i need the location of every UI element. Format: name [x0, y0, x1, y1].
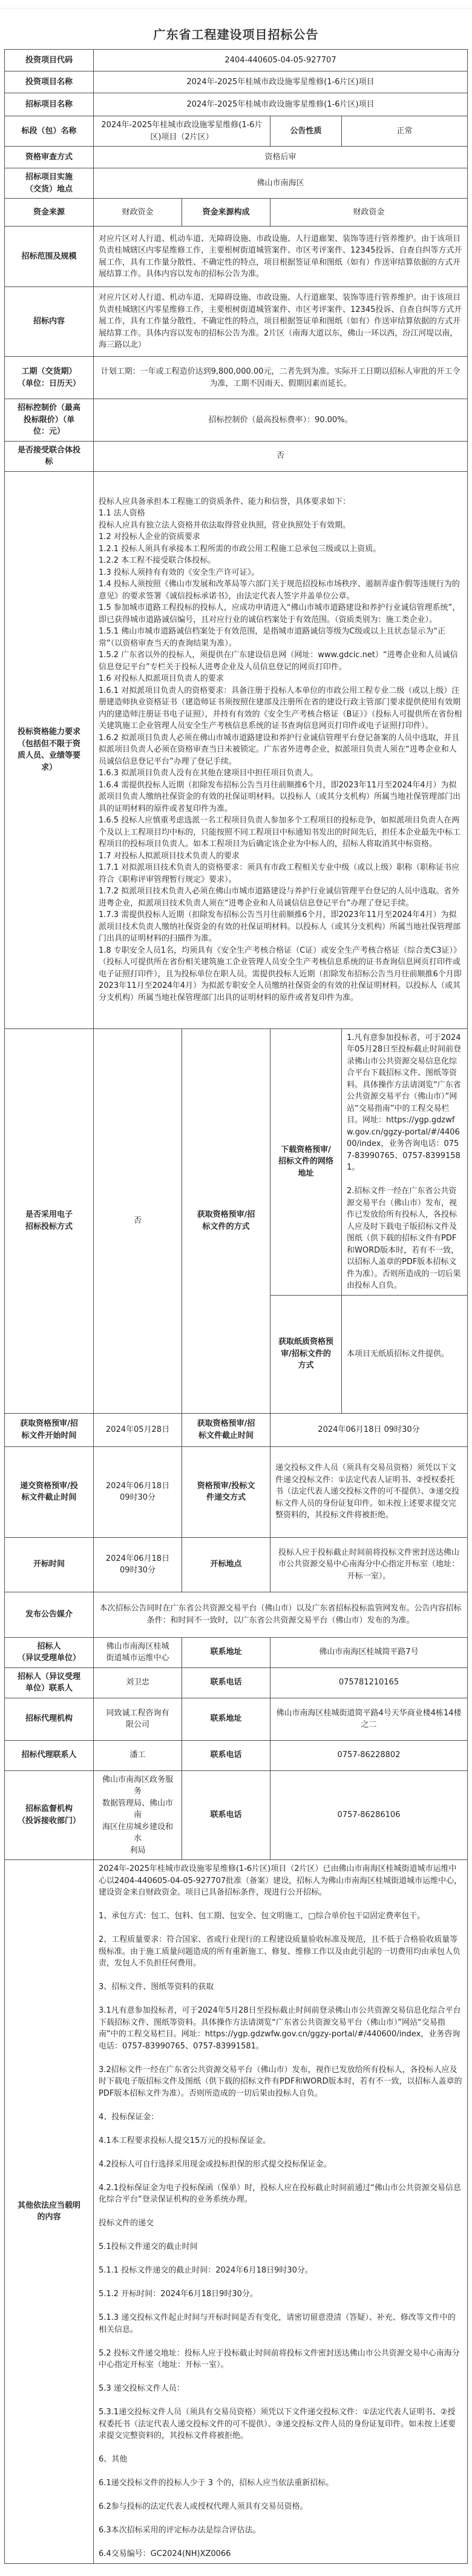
- row-value: 否: [94, 1028, 182, 1413]
- row-label: 资金来源构成: [182, 199, 270, 227]
- table-row: 招标人（异议受理 单位）联系人 刘卫忠 联系电话 075781210165: [5, 1667, 468, 1698]
- row-label: 开标地点: [182, 1537, 270, 1592]
- table-row: 招标范围及规模 对应片区对人行道、机动车道、无障碍设施、市政设施、人行道廊架、装…: [5, 227, 468, 287]
- row-label: 联系电话: [182, 1740, 270, 1770]
- row-value: 招标控制价（最高投标费率）：90.00%。: [94, 399, 468, 442]
- row-value: 佛山市南海区桂城 街道城市运维中心: [94, 1637, 182, 1667]
- row-value: 对应片区对人行道、机动车道、无障碍设施、市政设施、人行道廊架、装饰等进行管养维护…: [94, 287, 468, 357]
- row-label: 资金来源: [5, 199, 94, 227]
- row-label: 资格预审/投标文 件递交方式: [182, 1446, 270, 1537]
- row-value: 财政资金: [94, 199, 182, 227]
- row-value: 佛山市南海区桂城街道简平路4号天华商业楼4栋14楼之二: [270, 1698, 468, 1740]
- row-value: 2024年06月18日 09时30分: [94, 1446, 182, 1537]
- row-value: 计划工期：一年或工程造价达到9,800,000.00元，二者先到为准。实际开工日…: [94, 357, 468, 399]
- table-row: 招标项目实施 （交货）地点 佛山市南海区: [5, 168, 468, 199]
- row-value: 2024年06月18日 09时30分: [270, 1413, 468, 1446]
- row-label: 招标项目实施 （交货）地点: [5, 168, 94, 199]
- page-title: 广东省工程建设项目招标公告: [0, 25, 472, 42]
- row-label: 联系地址: [182, 1698, 270, 1740]
- row-label: 联系地址: [182, 1637, 270, 1667]
- row-label: 获取资格预审/招 标文件截止时间: [182, 1413, 270, 1446]
- table-row: 招标监督机构 （投诉接收部门） 佛山市南海区政务服务 数据管理局、佛山市南 海区…: [5, 1770, 468, 1860]
- row-label: 发布公告媒介: [5, 1592, 94, 1637]
- row-label: 公告性质: [270, 116, 342, 147]
- row-value: 递交投标文件人员（须具有交易员资格）须凭以下文件递交投标文件：①法定代表人证明书…: [270, 1446, 468, 1537]
- row-value: 075781210165: [270, 1667, 468, 1698]
- row-label: 获取资格预审/招 标文件开始时间: [5, 1413, 94, 1446]
- top-divider: [0, 8, 472, 8]
- row-value: 否: [94, 441, 468, 471]
- row-value: 佛山市南海区政务服务 数据管理局、佛山市南 海区住房城乡建设和水 利局: [94, 1770, 182, 1860]
- row-label: 标段（包）名称: [5, 116, 94, 147]
- table-row: 招标代理机构 同致诚工程咨询有 限公司 联系地址 佛山市南海区桂城街道简平路4号…: [5, 1698, 468, 1740]
- row-value: 2024年-2025年桂城市政设施零星维修(1-6片区)项目（2片区）: [94, 116, 270, 147]
- tender-announcement-table: 投资项目代码 2404-440605-04-05-927707 投资项目名称 2…: [4, 49, 468, 2564]
- row-label: 是否接受联合体投 标: [5, 441, 94, 471]
- row-value: 财政资金: [270, 199, 468, 227]
- row-value: 0757-86286106: [270, 1770, 468, 1860]
- row-value: 2404-440605-04-05-927707: [94, 50, 468, 71]
- row-value: 投标人应于投标截止时间前将投标文件密封送达佛山市公共资源交易中心南海分中心指定开…: [270, 1537, 468, 1592]
- row-label: 是否采用电子 招标投标方式: [5, 1028, 94, 1413]
- row-label: 递交资格预审/投 标文件截止时间: [5, 1446, 94, 1537]
- row-value: 2024年-2025年桂城市政设施零星维修(1-6片区)项目: [94, 93, 468, 116]
- row-value: 资格后审: [94, 147, 468, 168]
- row-value: 2024年06月18日 09时30分: [94, 1537, 182, 1592]
- table-row: 资金来源 财政资金 资金来源构成 财政资金: [5, 199, 468, 227]
- row-label: 投资项目名称: [5, 71, 94, 93]
- table-row: 工期（交货期） （单位：日历天） 计划工期：一年或工程造价达到9,800,000…: [5, 357, 468, 399]
- table-row: 递交资格预审/投 标文件截止时间 2024年06月18日 09时30分 资格预审…: [5, 1446, 468, 1537]
- row-value: 刘卫忠: [94, 1667, 182, 1698]
- row-label: 招标范围及规模: [5, 227, 94, 287]
- table-row: 招标内容 对应片区对人行道、机动车道、无障碍设施、市政设施、人行道廊架、装饰等进…: [5, 287, 468, 357]
- table-row: 投标资格能力要求 （包括但不限于资 质人员、业绩等要 求） 投标人应具备承担本工…: [5, 471, 468, 1028]
- table-row: 开标时间 2024年06月18日 09时30分 开标地点 投标人应于投标截止时间…: [5, 1537, 468, 1592]
- row-value: 潘工: [94, 1740, 182, 1770]
- row-value: 2024年-2025年桂城市政设施零星维修(1-6片区)项目（2片区）已由佛山市…: [94, 1860, 468, 2564]
- row-subvalue: 1.凡有意参加投标者，可于2024年05月28日至投标截止时间前登录佛山市公共资…: [342, 1028, 468, 1295]
- table-row: 招标人 （异议受理单位） 佛山市南海区桂城 街道城市运维中心 联系地址 佛山市南…: [5, 1637, 468, 1667]
- table-row: 投资项目代码 2404-440605-04-05-927707: [5, 50, 468, 71]
- table-row: 招标控制价（最高 投标限价）（单 位：元） 招标控制价（最高投标费率）：90.0…: [5, 399, 468, 442]
- table-row: 发布公告媒介 本次招标公告同时在广东省公共资源交易平台（佛山市）以及广东省招标投…: [5, 1592, 468, 1637]
- row-value: 本次招标公告同时在广东省公共资源交易平台（佛山市）以及广东省招标投标监管网发布。…: [94, 1592, 468, 1637]
- row-value: 正常: [342, 116, 468, 147]
- table-row: 其他依法应当载明 的内容 2024年-2025年桂城市政设施零星维修(1-6片区…: [5, 1860, 468, 2564]
- row-sublabel: 下载资格预审/ 招标文件的网络 地址: [270, 1028, 342, 1295]
- table-row: 标段（包）名称 2024年-2025年桂城市政设施零星维修(1-6片区)项目（2…: [5, 116, 468, 147]
- table-row: 是否采用电子 招标投标方式 否 获取资格预审/招 标文件的方式 下载资格预审/ …: [5, 1028, 468, 1295]
- row-label: 投资项目代码: [5, 50, 94, 71]
- row-label: 招标人（异议受理 单位）联系人: [5, 1667, 94, 1698]
- row-label: 招标项目名称: [5, 93, 94, 116]
- table-row: 招标代理联系人 潘工 联系电话 0757-86228802: [5, 1740, 468, 1770]
- row-value: 0757-86228802: [270, 1740, 468, 1770]
- row-value: 2024年-2025年桂城市政设施零星维修(1-6片区)项目: [94, 71, 468, 93]
- row-sublabel: 获取纸质资格预 审/招标文件的 方式: [270, 1295, 342, 1413]
- row-label: 招标监督机构 （投诉接收部门）: [5, 1770, 94, 1860]
- row-label: 联系电话: [182, 1770, 270, 1860]
- row-value: 2024年05月28日: [94, 1413, 182, 1446]
- row-label: 开标时间: [5, 1537, 94, 1592]
- table-row: 投资项目名称 2024年-2025年桂城市政设施零星维修(1-6片区)项目: [5, 71, 468, 93]
- row-label: 资格审查方式: [5, 147, 94, 168]
- table-row: 招标项目名称 2024年-2025年桂城市政设施零星维修(1-6片区)项目: [5, 93, 468, 116]
- row-label: 招标内容: [5, 287, 94, 357]
- row-label: 招标代理机构: [5, 1698, 94, 1740]
- row-label: 其他依法应当载明 的内容: [5, 1860, 94, 2564]
- row-label: 招标控制价（最高 投标限价）（单 位：元）: [5, 399, 94, 442]
- row-label: 招标人 （异议受理单位）: [5, 1637, 94, 1667]
- row-subvalue: 本项目无纸质招标文件提供。: [342, 1295, 468, 1413]
- row-value: 对应片区对人行道、机动车道、无障碍设施、市政设施、人行道廊架、装饰等进行管养维护…: [94, 227, 468, 287]
- table-row: 是否接受联合体投 标 否: [5, 441, 468, 471]
- table-row: 资格审查方式 资格后审: [5, 147, 468, 168]
- table-row: 获取资格预审/招 标文件开始时间 2024年05月28日 获取资格预审/招 标文…: [5, 1413, 468, 1446]
- row-value: 同致诚工程咨询有 限公司: [94, 1698, 182, 1740]
- row-value: 佛山市南海区桂城简平路7号: [270, 1637, 468, 1667]
- row-label: 联系电话: [182, 1667, 270, 1698]
- row-label: 投标资格能力要求 （包括但不限于资 质人员、业绩等要 求）: [5, 471, 94, 1028]
- row-value: 佛山市南海区: [94, 168, 468, 199]
- row-label: 工期（交货期） （单位：日历天）: [5, 357, 94, 399]
- row-value: 投标人应具备承担本工程施工的资质条件、能力和信誉，具体要求如下： 1.1 法人资…: [94, 471, 468, 1028]
- row-label: 获取资格预审/招 标文件的方式: [182, 1028, 270, 1413]
- row-label: 招标代理联系人: [5, 1740, 94, 1770]
